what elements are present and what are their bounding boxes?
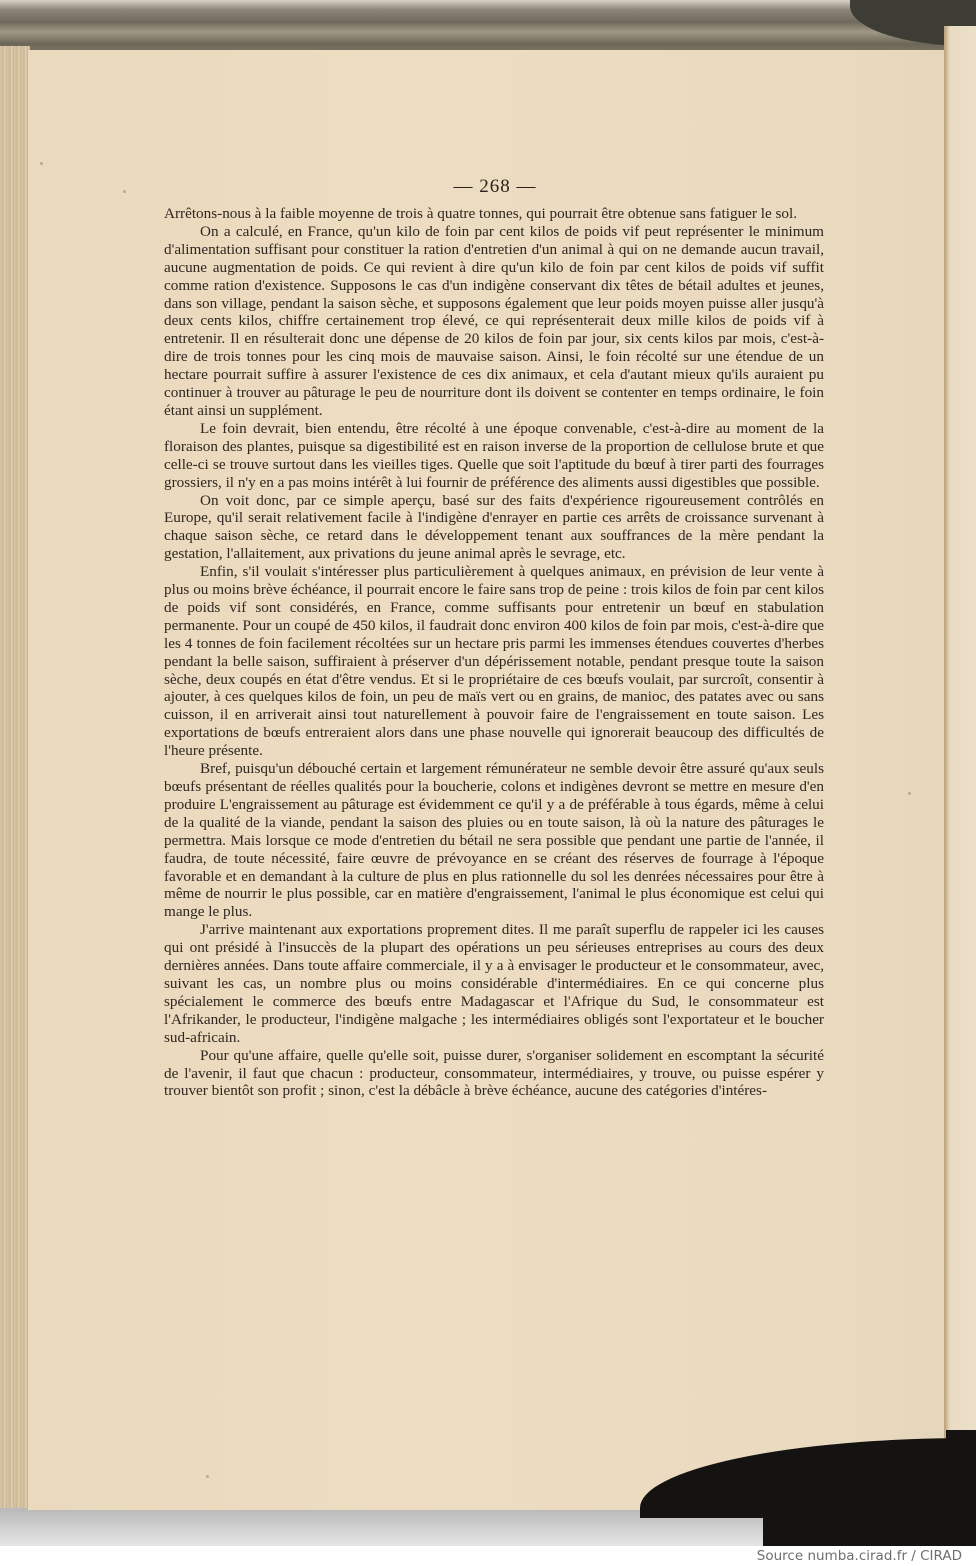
page-number: — 268 —: [160, 176, 830, 198]
page-stack-edge: [0, 46, 30, 1508]
paper-speck: [40, 162, 43, 165]
page-curve-shadow-right: [946, 1430, 976, 1460]
source-caption: Source numba.cirad.fr / CIRAD: [757, 1546, 962, 1566]
paragraph: On voit donc, par ce simple aperçu, basé…: [164, 492, 824, 564]
paragraph: On a calculé, en France, qu'un kilo de f…: [164, 223, 824, 420]
page-body-text: Arrêtons-nous à la faible moyenne de tro…: [164, 205, 824, 1100]
paper-speck: [206, 1475, 209, 1478]
paper-speck: [908, 792, 911, 795]
book-top-edge: [0, 0, 976, 52]
paragraph: Arrêtons-nous à la faible moyenne de tro…: [164, 205, 824, 223]
paragraph: Bref, puisqu'un débouché certain et larg…: [164, 760, 824, 921]
paragraph: J'arrive maintenant aux exportations pro…: [164, 921, 824, 1046]
paper-speck: [123, 190, 126, 193]
paragraph: Pour qu'une affaire, quelle qu'elle soit…: [164, 1047, 824, 1101]
scanned-book-photo: — 268 — Arrêtons-nous à la faible moyenn…: [0, 0, 976, 1546]
paragraph: Le foin devrait, bien entendu, être réco…: [164, 420, 824, 492]
gutter-next-page: [944, 26, 976, 1470]
paragraph: Enfin, s'il voulait s'intéresser plus pa…: [164, 563, 824, 760]
